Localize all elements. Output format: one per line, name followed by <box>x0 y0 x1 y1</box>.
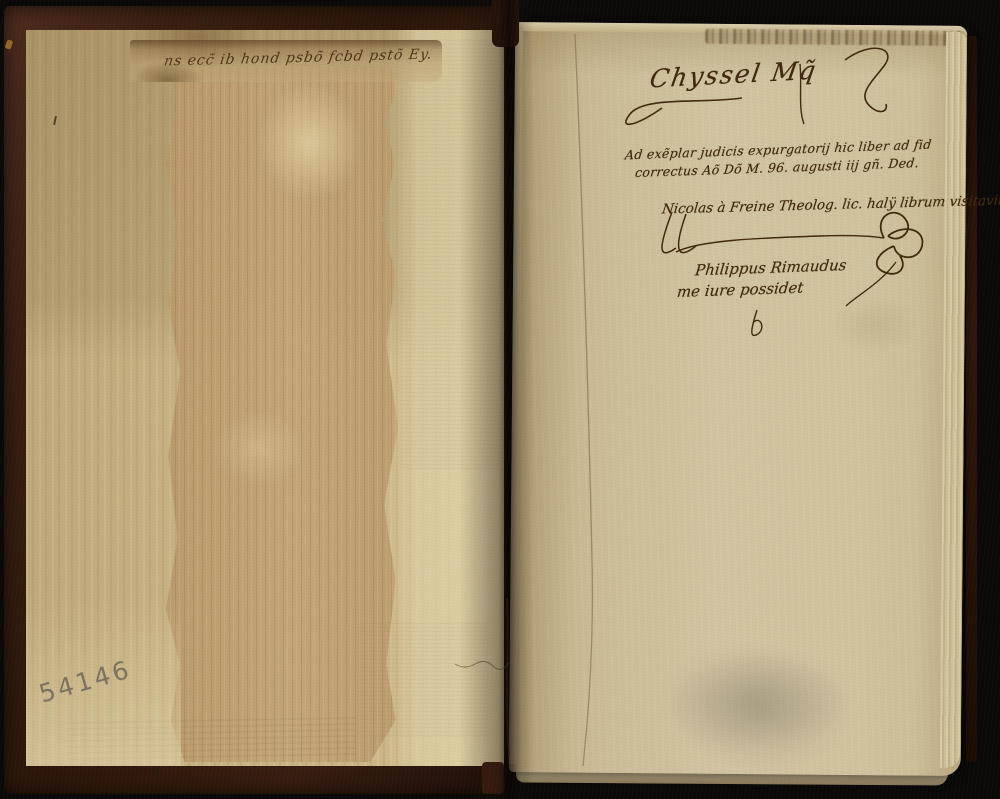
printed-text-showthrough <box>400 40 500 470</box>
ink-tick-mark <box>53 116 57 125</box>
inside-front-cover-board: ns ecc̃ ib hond psbõ fcbd pstõ Ey. 54146 <box>4 6 506 794</box>
ownership-inscription: Philippus Rimaudus me iure possidet <box>676 255 848 303</box>
spine-head-leather <box>492 0 519 47</box>
pastedown-paper: ns ecc̃ ib hond psbõ fcbd pstõ Ey. 54146 <box>26 30 504 766</box>
fore-edge-leaves <box>940 32 966 768</box>
printed-text-showthrough <box>358 623 488 738</box>
inner-leaf-edge <box>509 26 523 764</box>
stain-smudge <box>659 643 850 755</box>
page-top-stain <box>705 29 964 46</box>
flyleaf-page <box>509 22 968 776</box>
spine-tail-leather <box>482 762 504 794</box>
cover-fore-edge <box>966 36 977 762</box>
pasted-label: ns ecc̃ ib hond psbõ fcbd pstõ Ey. <box>130 40 442 82</box>
binding-wear-speck <box>5 39 14 50</box>
book-photograph: ns ecc̃ ib hond psbõ fcbd pstõ Ey. 54146… <box>0 0 1000 799</box>
label-inscription: ns ecc̃ ib hond psbõ fcbd pstõ Ey. <box>163 46 434 69</box>
